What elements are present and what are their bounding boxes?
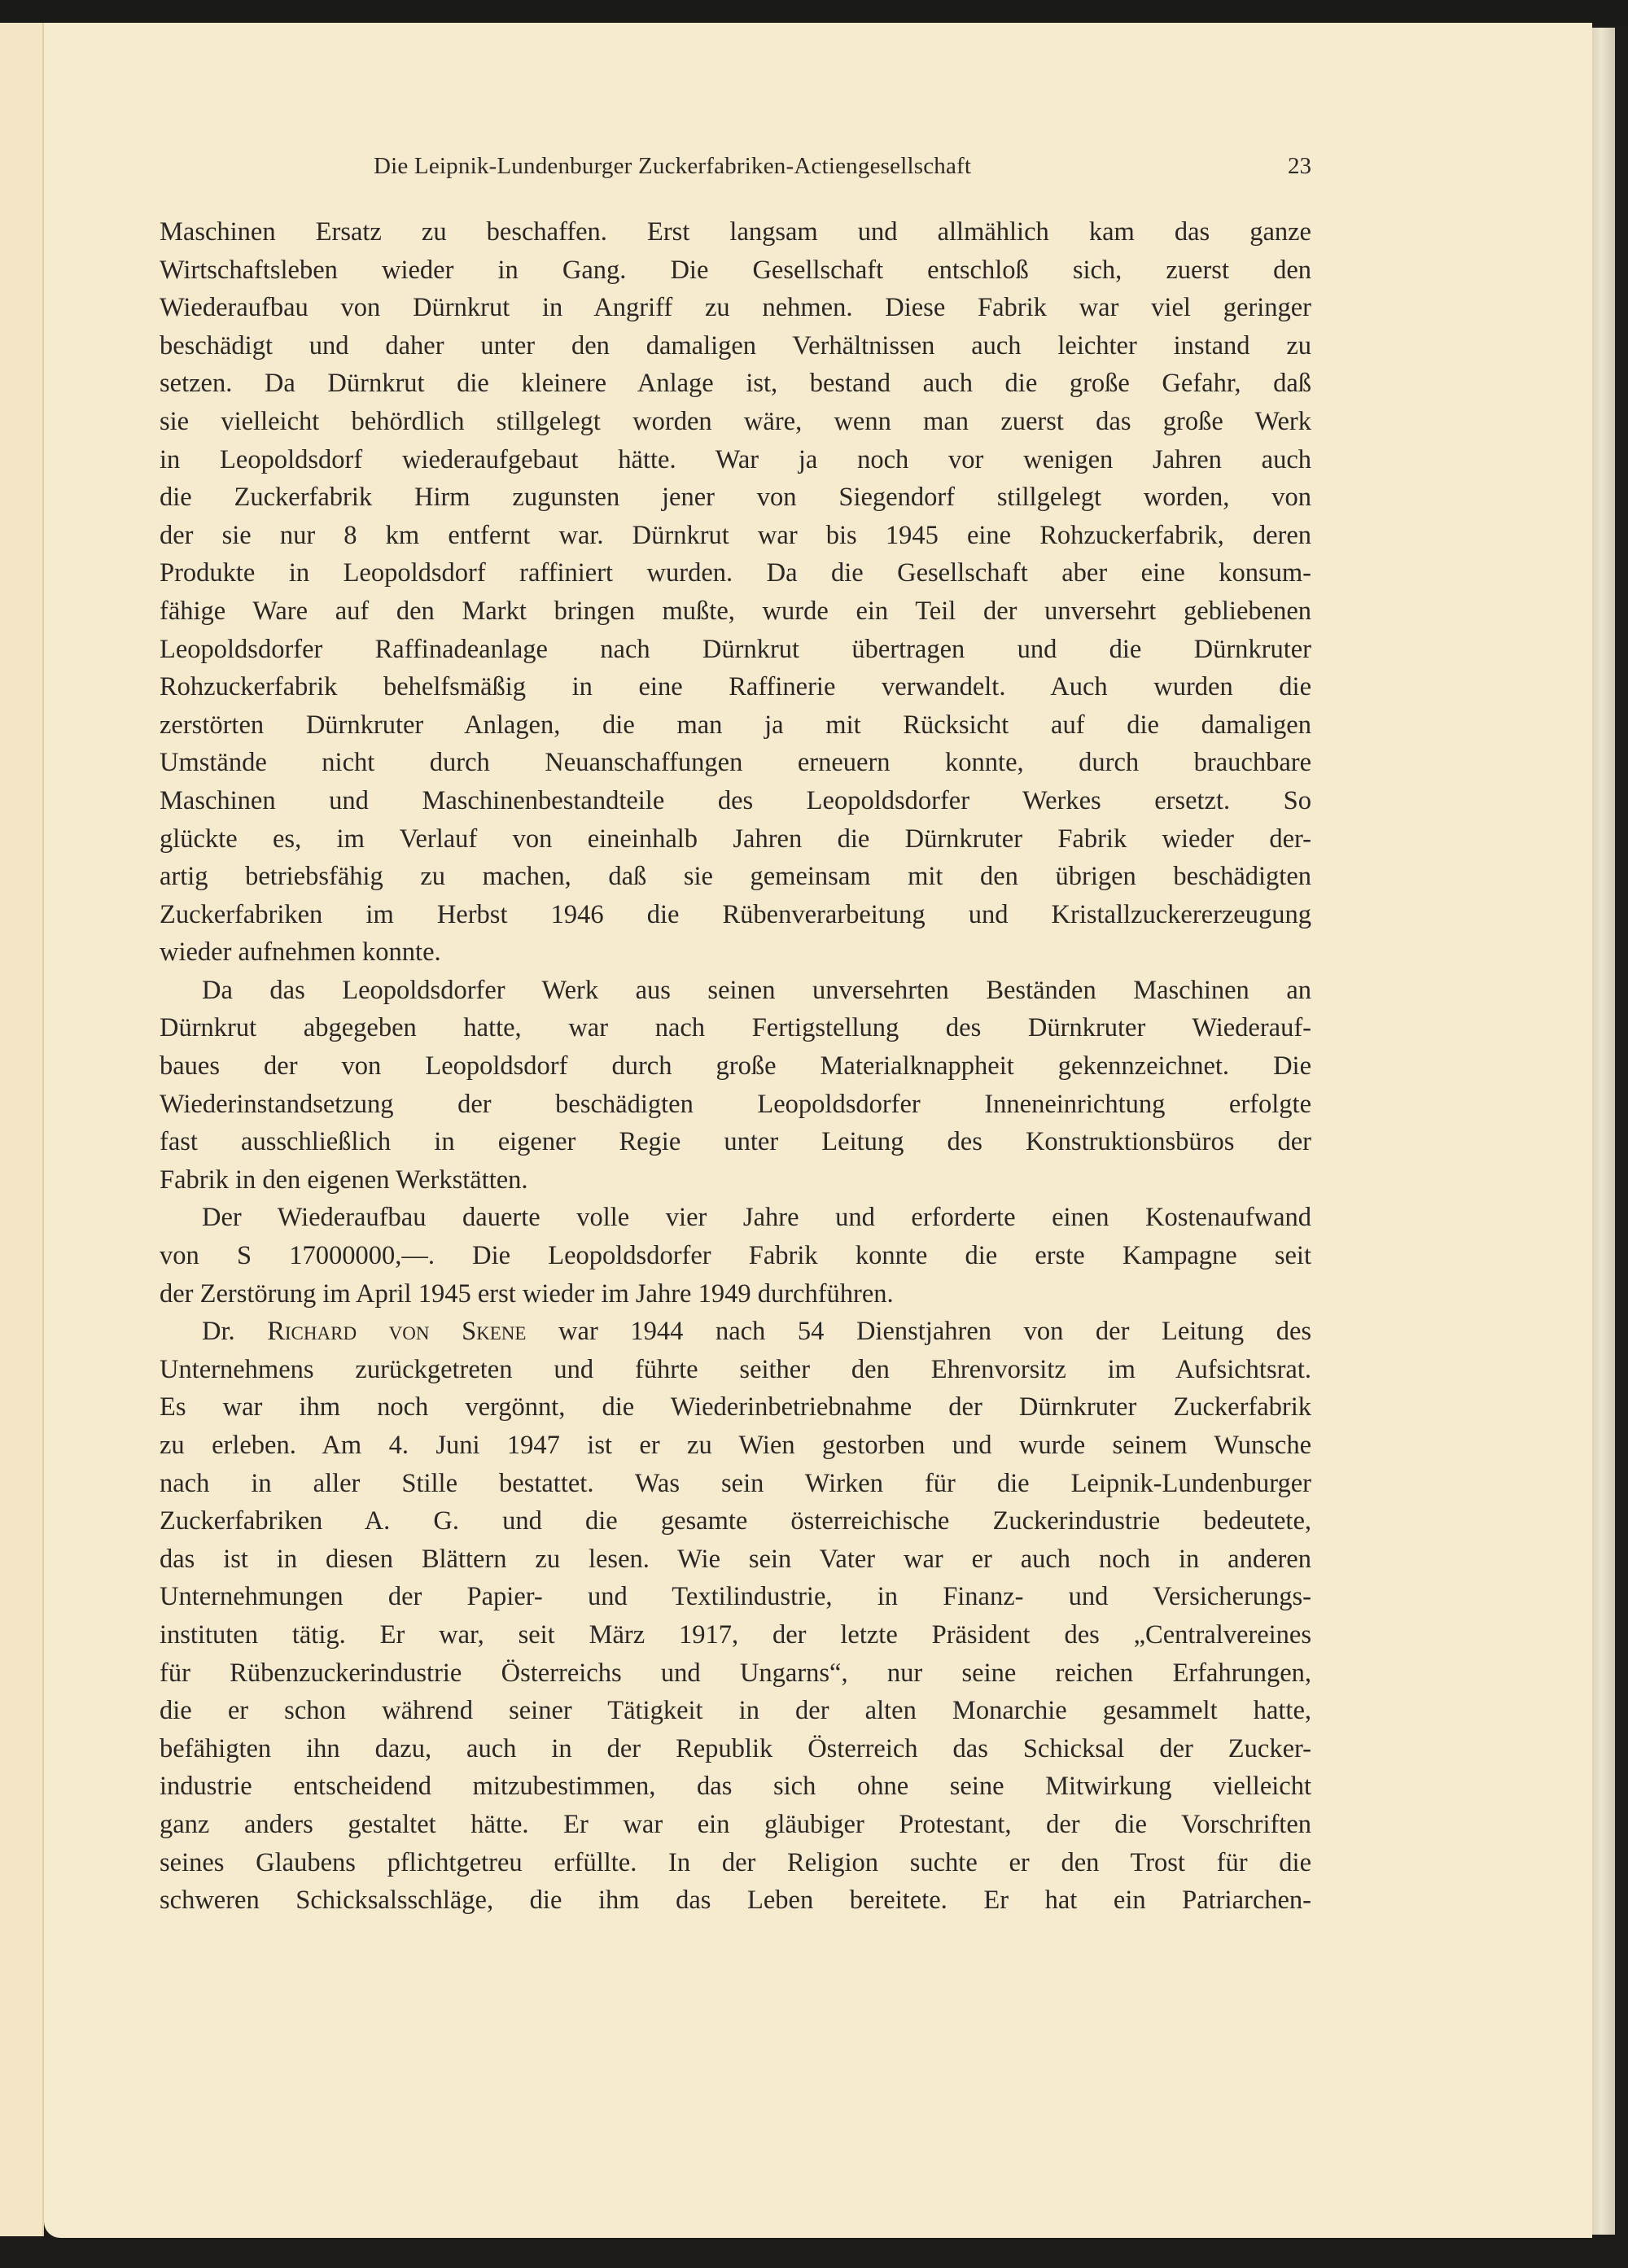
text-line: Produkte in Leopoldsdorf raffiniert wurd… <box>160 554 1311 592</box>
text-line: Wiederaufbau von Dürnkrut in Angriff zu … <box>160 289 1311 327</box>
running-head-title: Die Leipnik-Lundenburger Zuckerfabriken-… <box>374 153 971 180</box>
facing-page-edge <box>0 23 44 2236</box>
text-line: Dürnkrut abgegeben hatte, war nach Ferti… <box>160 1009 1311 1047</box>
text-line: zerstörten Dürnkruter Anlagen, die man j… <box>160 706 1311 745</box>
text-line: glückte es, im Verlauf von eineinhalb Ja… <box>160 820 1311 859</box>
text-prefix: Dr. <box>202 1317 267 1346</box>
text-line: Zuckerfabriken A. G. und die gesamte öst… <box>160 1502 1311 1540</box>
text-line: das ist in diesen Blättern zu lesen. Wie… <box>160 1540 1311 1579</box>
text-line: Maschinen und Maschinenbestandteile des … <box>160 782 1311 820</box>
text-line: sie vielleicht behördlich stillgelegt wo… <box>160 403 1311 441</box>
text-line: Zuckerfabriken im Herbst 1946 die Rübenv… <box>160 896 1311 934</box>
text-line: Umstände nicht durch Neuanschaffungen er… <box>160 744 1311 782</box>
page-number: 23 <box>1288 153 1311 180</box>
text-line: schweren Schicksalsschläge, die ihm das … <box>160 1881 1311 1920</box>
text-line: Unternehmungen der Papier- und Textilind… <box>160 1578 1311 1616</box>
paragraph-start-line: Da das Leopoldsdorfer Werk aus seinen un… <box>160 972 1311 1010</box>
text-line: industrie entscheidend mitzubestimmen, d… <box>160 1768 1311 1806</box>
text-line: zu erleben. Am 4. Juni 1947 ist er zu Wi… <box>160 1427 1311 1465</box>
text-line: Es war ihm noch vergönnt, die Wiederinbe… <box>160 1388 1311 1427</box>
text-line: die Zuckerfabrik Hirm zugunsten jener vo… <box>160 479 1311 517</box>
page-stack-edge <box>1592 28 1615 2235</box>
paragraph-start-line: Der Wiederaufbau dauerte volle vier Jahr… <box>160 1199 1311 1237</box>
paragraph-end-line: Fabrik in den eigenen Werkstätten. <box>160 1161 1311 1200</box>
text-line: befähigten ihn dazu, auch in der Republi… <box>160 1730 1311 1768</box>
text-line: der sie nur 8 km entfernt war. Dürnkrut … <box>160 517 1311 555</box>
text-line: von S 17000000,—. Die Leopoldsdorfer Fab… <box>160 1237 1311 1275</box>
text-line: baues der von Leopoldsdorf durch große M… <box>160 1047 1311 1086</box>
text-line: die er schon während seiner Tätigkeit in… <box>160 1692 1311 1730</box>
text-line: nach in aller Stille bestattet. Was sein… <box>160 1465 1311 1503</box>
text-suffix: war 1944 nach 54 Dienstjahren von der Le… <box>526 1317 1311 1346</box>
text-line: Maschinen Ersatz zu beschaffen. Erst lan… <box>160 213 1311 251</box>
text-line: setzen. Da Dürnkrut die kleinere Anlage … <box>160 365 1311 403</box>
text-line: Unternehmens zurückgetreten und führte s… <box>160 1351 1311 1389</box>
text-line: Leopoldsdorfer Raffinadeanlage nach Dürn… <box>160 631 1311 669</box>
text-line: Wirtschaftsleben wieder in Gang. Die Ges… <box>160 251 1311 290</box>
paragraph-end-line: wieder aufnehmen konnte. <box>160 933 1311 972</box>
person-name-smallcaps: Richard von Skene <box>267 1317 526 1346</box>
running-head: Die Leipnik-Lundenburger Zuckerfabriken-… <box>160 153 1311 186</box>
text-line: beschädigt und daher unter den damaligen… <box>160 327 1311 365</box>
text-line: ganz anders gestaltet hätte. Er war ein … <box>160 1806 1311 1844</box>
text-line: Wiederinstandsetzung der beschädigten Le… <box>160 1086 1311 1124</box>
text-line: seines Glaubens pflichtgetreu erfüllte. … <box>160 1844 1311 1882</box>
body-text: Maschinen Ersatz zu beschaffen. Erst lan… <box>160 213 1311 1920</box>
text-line: fähige Ware auf den Markt bringen mußte,… <box>160 592 1311 631</box>
text-line: in Leopoldsdorf wiederaufgebaut hätte. W… <box>160 441 1311 479</box>
text-line: artig betriebsfähig zu machen, daß sie g… <box>160 858 1311 896</box>
text-line: für Rübenzuckerindustrie Österreichs und… <box>160 1654 1311 1693</box>
text-line: fast ausschließlich in eigener Regie unt… <box>160 1123 1311 1161</box>
text-line: Rohzuckerfabrik behelfsmäßig in eine Raf… <box>160 668 1311 706</box>
paragraph-start-line: Dr. Richard von Skene war 1944 nach 54 D… <box>160 1313 1311 1351</box>
text-line: instituten tätig. Er war, seit März 1917… <box>160 1616 1311 1654</box>
scan-top-border <box>0 0 1628 23</box>
paragraph-end-line: der Zerstörung im April 1945 erst wieder… <box>160 1275 1311 1313</box>
